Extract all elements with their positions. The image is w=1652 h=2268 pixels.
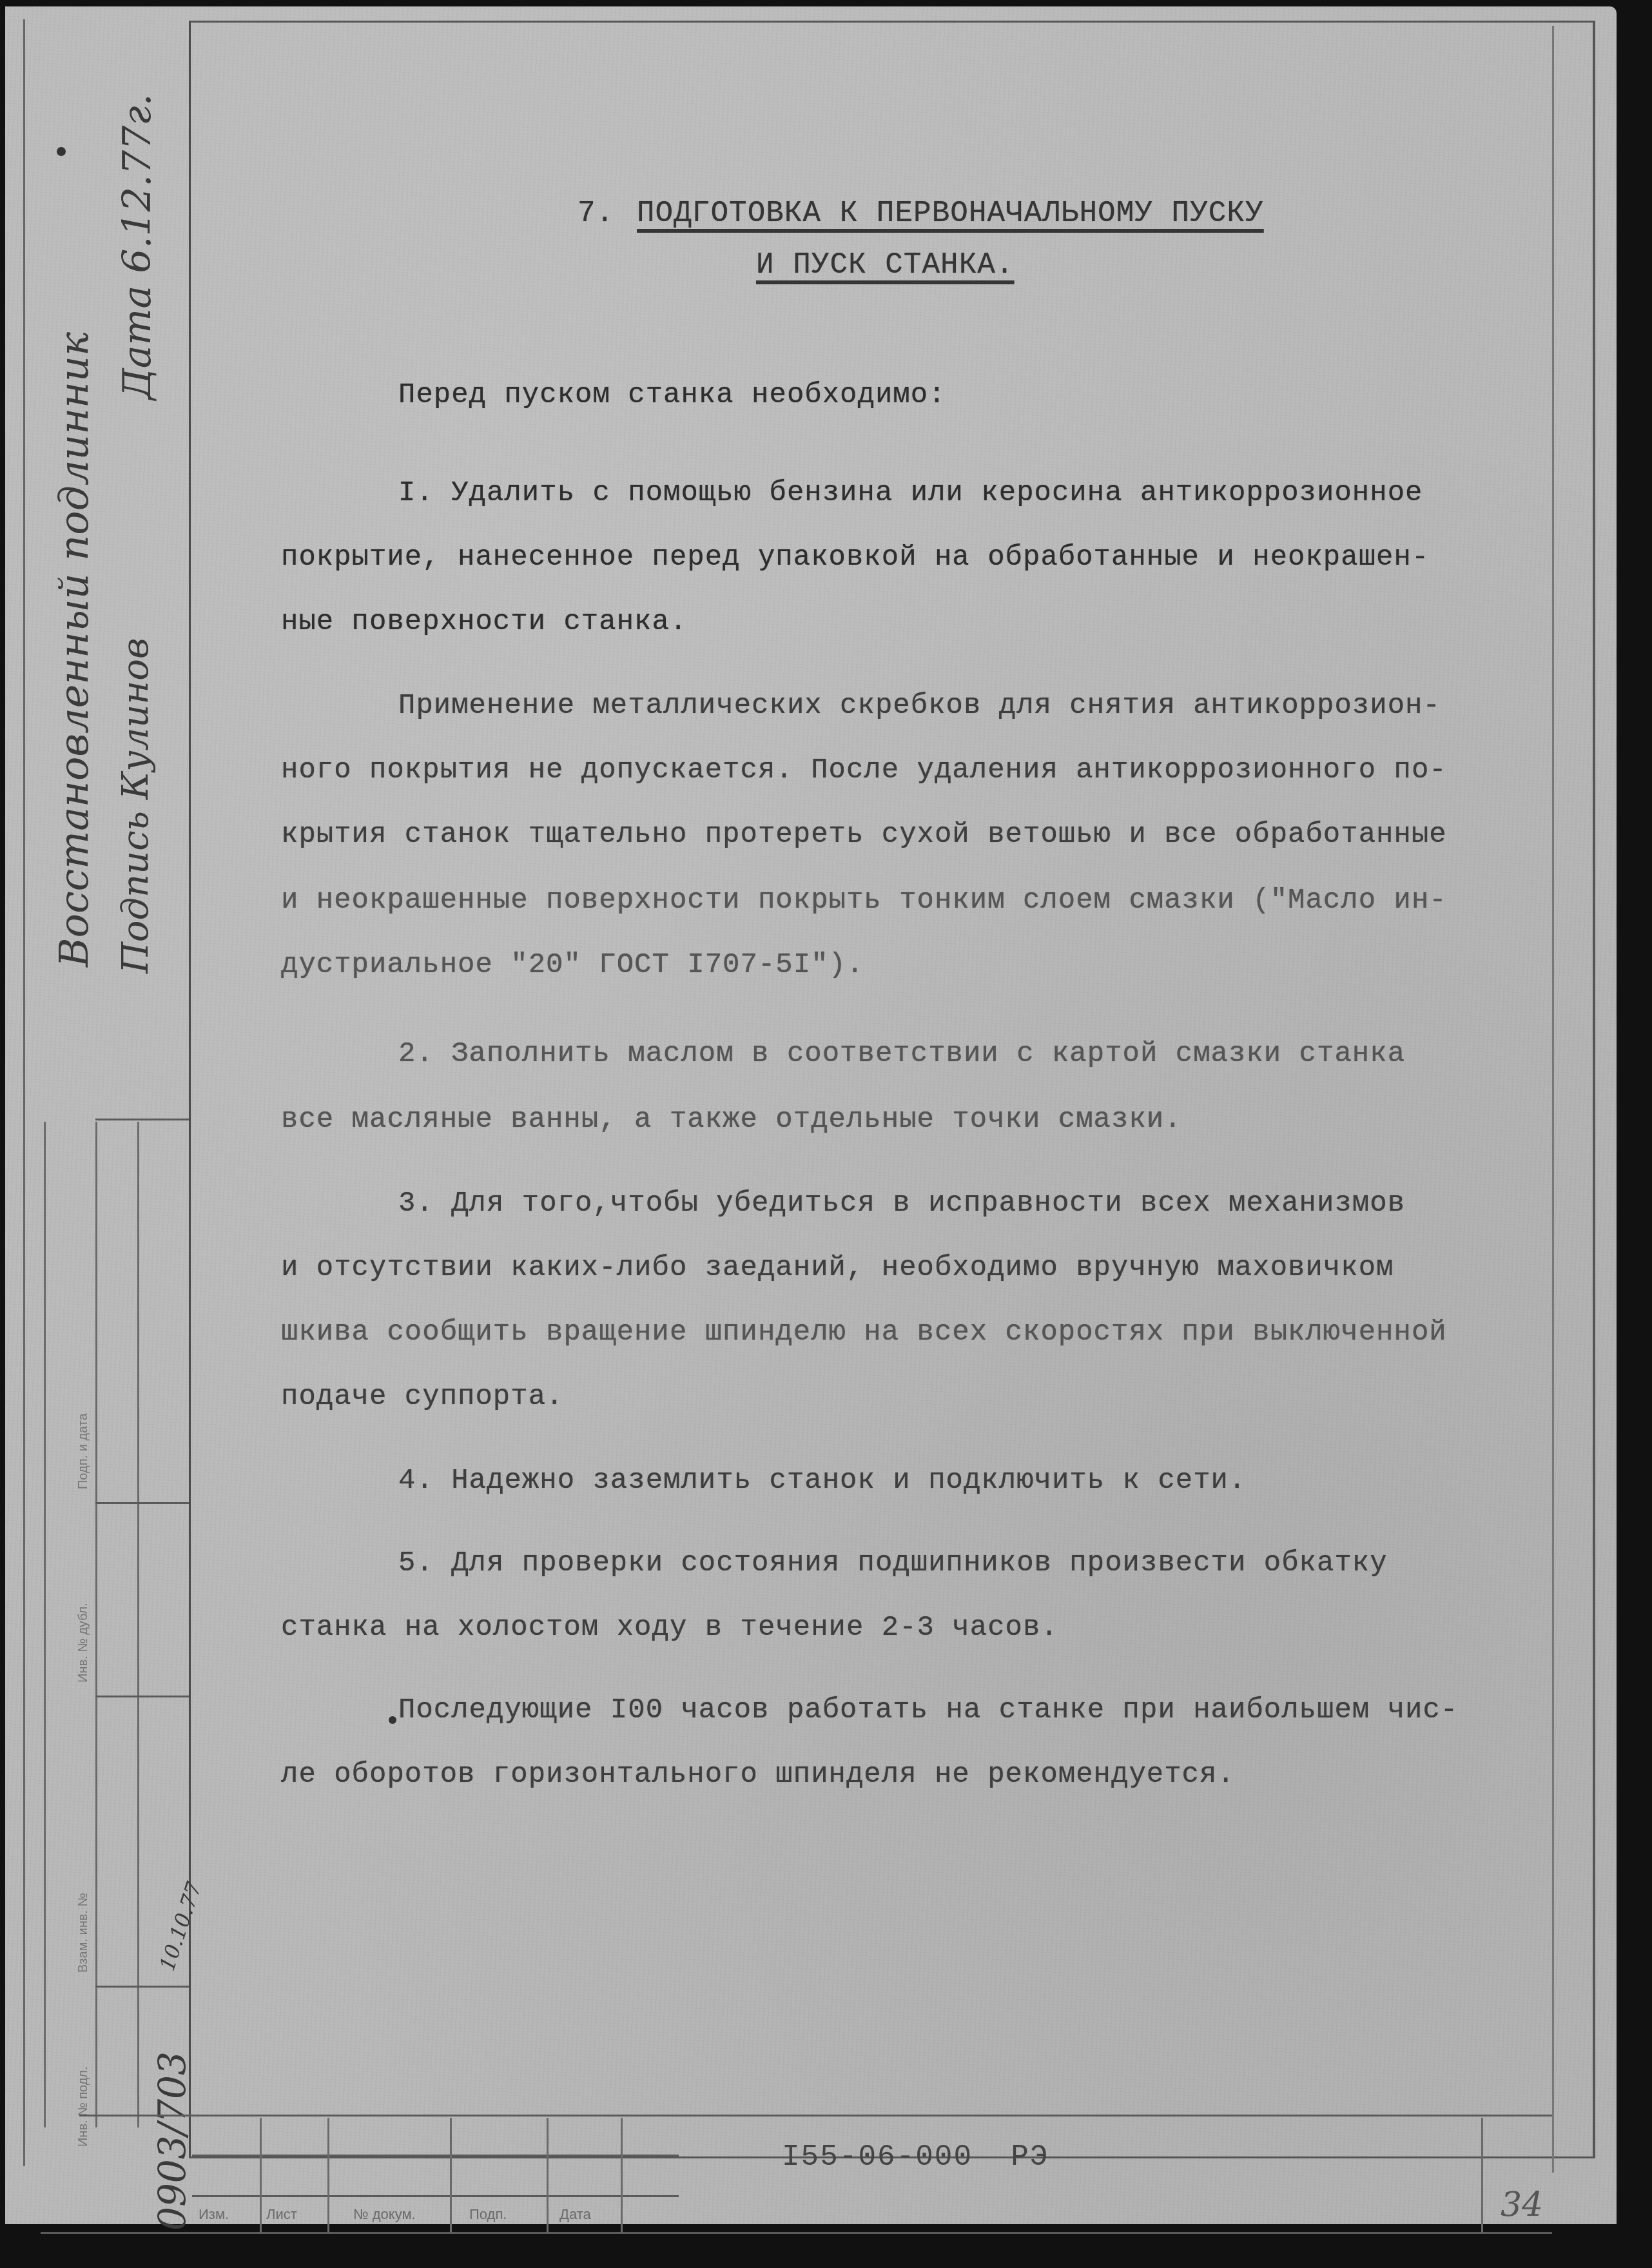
paragraph-line: покрытие, нанесенное перед упаковкой на … [281, 542, 1429, 574]
title-block-label-signature: Подп. [469, 2206, 507, 2223]
title-block-top-line [79, 2115, 1552, 2116]
paragraph-line: 4. Надежно заземлить станок и подключить… [398, 1465, 1246, 1497]
margin-line-outer [23, 19, 25, 2166]
side-stamp-divider-2 [95, 1696, 189, 1697]
section-title-line-2: И ПУСК СТАНКА. [756, 248, 1014, 282]
paragraph-line: 2. Заполнить маслом в соответствии с кар… [398, 1038, 1405, 1070]
title-block-row-line [192, 2195, 679, 2197]
signature-note: Подпись Кулинов [115, 638, 157, 973]
inventory-signature: 0903/703 [150, 2051, 194, 2231]
side-stamp-label: Взам. инв. № [76, 1893, 91, 1973]
ink-dot [57, 147, 66, 156]
drawing-frame [189, 21, 1595, 2158]
restoration-date-note: Дата 6.12.77г. [115, 93, 160, 400]
title-block-col [621, 2118, 623, 2233]
paragraph-line: I. Удалить с помощью бензина или керосин… [398, 477, 1423, 509]
side-stamp-col-1 [44, 1122, 46, 2127]
title-block-col [260, 2118, 262, 2233]
margin-line-right [1552, 26, 1554, 2173]
paragraph-line: Последующие I00 часов работать на станке… [398, 1694, 1458, 1726]
paragraph-line: 5. Для проверки состояния подшипников пр… [398, 1547, 1388, 1579]
paragraph-line: и неокрашенные поверхности покрыть тонки… [281, 885, 1447, 917]
intro-text: Перед пуском станка необходимо: [398, 379, 946, 411]
ink-dot [389, 1716, 396, 1724]
side-stamp-divider-1 [95, 1502, 189, 1504]
title-block-col [450, 2118, 452, 2233]
paragraph-line: 3. Для того,чтобы убедиться в исправност… [398, 1188, 1405, 1220]
paragraph-line: ного покрытия не допускается. После удал… [281, 754, 1447, 787]
side-stamp-divider-3 [95, 1986, 189, 1988]
side-stamp-col-3 [137, 1122, 139, 2127]
title-block-col [547, 2118, 549, 2233]
sheet-number: 34 [1501, 2185, 1543, 2224]
title-block-bottom-line [41, 2232, 1552, 2234]
side-stamp-label: Подп. и дата [76, 1413, 91, 1489]
section-title-line-1: ПОДГОТОВКА К ПЕРВОНАЧАЛЬНОМУ ПУСКУ [637, 197, 1264, 230]
side-stamp-label: Инв. № дубл. [76, 1603, 91, 1683]
side-stamp-col-2 [95, 1122, 97, 2127]
paragraph-line: подаче суппорта. [281, 1381, 563, 1413]
restored-original-note: Восстановленный подлинник [50, 332, 97, 967]
title-block-row-line [192, 2155, 679, 2156]
side-stamp-top [95, 1119, 189, 1120]
paragraph-line: все масляные ванны, а также отдельные то… [281, 1104, 1182, 1136]
title-block-label-sheet: Лист [266, 2206, 297, 2223]
title-block-label-doc-number: № докум. [353, 2206, 416, 2223]
title-block-col [327, 2118, 329, 2233]
title-block-col [1481, 2118, 1483, 2233]
title-block-label-date: Дата [559, 2206, 591, 2223]
section-number: 7. [578, 197, 614, 230]
paragraph-line: станка на холостом ходу в течение 2-3 ча… [281, 1612, 1058, 1644]
paragraph-line: крытия станок тщательно протереть сухой … [281, 819, 1447, 851]
paragraph-line: дустриальное "20" ГОСТ I707-5I"). [281, 949, 864, 981]
paragraph-line: ные поверхности станка. [281, 606, 687, 638]
paragraph-line: шкива сообщить вращение шпинделю на всех… [281, 1316, 1447, 1349]
paragraph-line: ле оборотов горизонтального шпинделя не … [281, 1759, 1235, 1791]
title-block-label-change: Изм. [199, 2206, 229, 2223]
side-stamp-label: Инв. № подл. [76, 2066, 91, 2147]
paragraph-line: Применение металлических скребков для сн… [398, 690, 1441, 722]
document-code: I55-06-000 РЭ [782, 2140, 1049, 2174]
paragraph-line: и отсутствии каких-либо заеданий, необхо… [281, 1252, 1394, 1284]
document-page: Подп. и дата Инв. № дубл. Взам. инв. № И… [5, 6, 1617, 2224]
